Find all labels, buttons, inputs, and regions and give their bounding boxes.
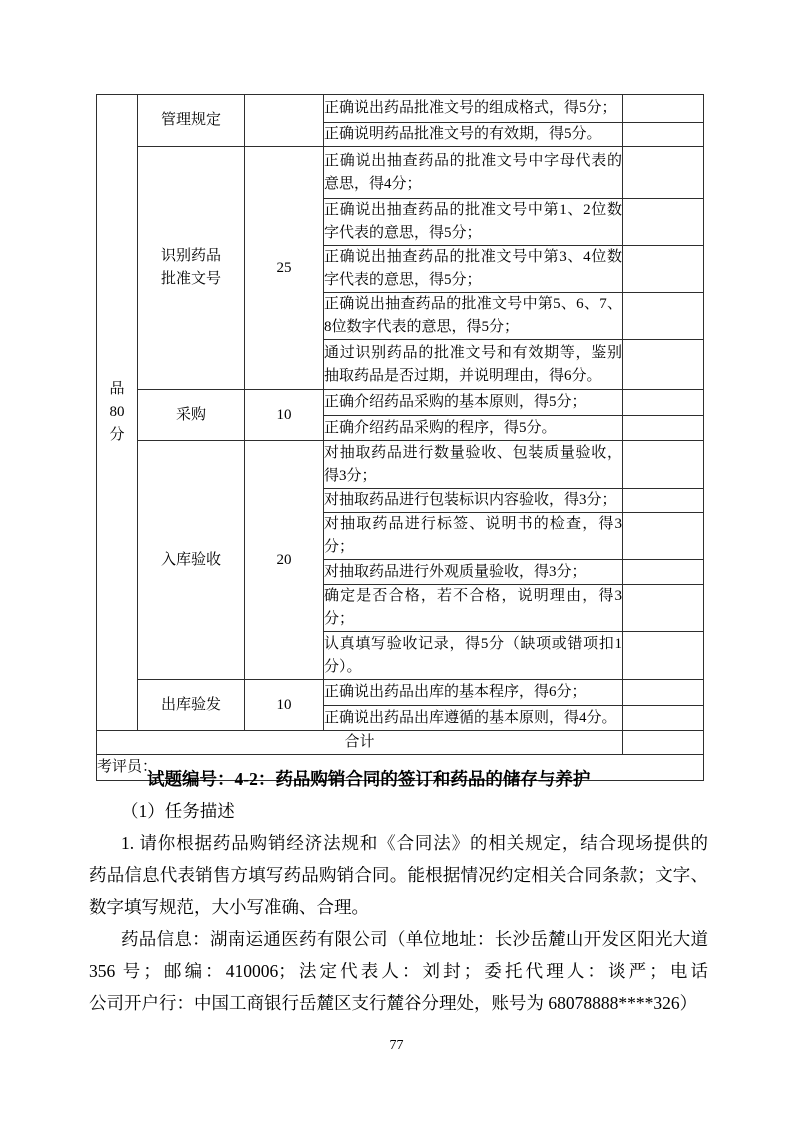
result-cell — [623, 585, 704, 632]
criteria-cell: 对抽取药品进行外观质量验收，得3分； — [324, 560, 623, 585]
criteria-row: 识别药品 批准文号 25 正确说出抽查药品的批准文号中字母代表的意思，得4分； — [97, 147, 704, 199]
criteria-cell: 确定是否合格，若不合格，说明理由，得3分； — [324, 585, 623, 632]
item-name-cell: 出库验发 — [138, 680, 245, 731]
criteria-cell: 正确说出药品出库遵循的基本原则，得4分。 — [324, 706, 623, 731]
item-name-line: 批准文号 — [138, 268, 244, 291]
criteria-cell: 正确说出抽查药品的批准文号中第3、4位数字代表的意思，得5分； — [324, 246, 623, 293]
paragraph-line: 数字填写规范，大小写准确、合理。 — [89, 891, 708, 923]
item-name-cell: 采购 — [138, 390, 245, 441]
paragraph-line: 药品信息：湖南运通医药有限公司（单位地址：长沙岳麓山开发区阳光大道 — [89, 923, 708, 955]
criteria-cell: 正确说出抽查药品的批准文号中第5、6、7、8位数字代表的意思，得5分； — [324, 293, 623, 340]
paragraph-line: 356 号；邮编：410006；法定代表人：刘封；委托代理人：谈严；电话 138… — [89, 955, 708, 987]
total-label-cell: 合计 — [97, 731, 623, 755]
result-cell — [623, 95, 704, 123]
criteria-cell: 对抽取药品进行包装标识内容验收，得3分； — [324, 489, 623, 513]
item-name-line: 识别药品 — [138, 245, 244, 268]
category-line: 80 — [97, 401, 137, 424]
category-line: 分 — [97, 424, 137, 447]
criteria-row: 采购 10 正确介绍药品采购的基本原则，得5分； — [97, 390, 704, 416]
document-page: 品 80 分 管理规定 正确说出药品批准文号的组成格式，得5分； 正确说明药品批… — [0, 0, 793, 1122]
category-line: 品 — [97, 378, 137, 401]
item-name-cell: 识别药品 批准文号 — [138, 147, 245, 390]
result-cell — [623, 513, 704, 560]
criteria-cell: 正确介绍药品采购的基本原则，得5分； — [324, 390, 623, 416]
result-cell — [623, 706, 704, 731]
item-score-cell: 20 — [245, 441, 324, 680]
item-name-cell: 入库验收 — [138, 441, 245, 680]
scoring-table: 品 80 分 管理规定 正确说出药品批准文号的组成格式，得5分； 正确说明药品批… — [96, 94, 704, 781]
result-cell — [623, 199, 704, 246]
subsection-heading: （1）任务描述 — [89, 795, 708, 827]
criteria-cell: 正确说明药品批准文号的有效期，得5分。 — [324, 123, 623, 147]
result-cell — [623, 441, 704, 489]
criteria-row: 品 80 分 管理规定 正确说出药品批准文号的组成格式，得5分； — [97, 95, 704, 123]
result-cell — [623, 489, 704, 513]
criteria-cell: 通过识别药品的批准文号和有效期等，鉴别抽取药品是否过期，并说明理由，得6分。 — [324, 340, 623, 390]
section-heading: 试题编号：4-2：药品购销合同的签订和药品的储存与养护 — [89, 763, 708, 795]
criteria-row: 出库验发 10 正确说出药品出库的基本程序，得6分； — [97, 680, 704, 706]
task-section: 试题编号：4-2：药品购销合同的签订和药品的储存与养护 （1）任务描述 1. 请… — [89, 763, 708, 1019]
paragraph-line: 1. 请你根据药品购销经济法规和《合同法》的相关规定，结合现场提供的 — [89, 827, 708, 859]
item-score-cell — [245, 95, 324, 147]
item-score-cell: 10 — [245, 390, 324, 441]
result-cell — [623, 293, 704, 340]
result-cell — [623, 390, 704, 416]
criteria-row: 入库验收 20 对抽取药品进行数量验收、包装质量验收，得3分； — [97, 441, 704, 489]
page-number: 77 — [0, 1036, 793, 1056]
result-cell — [623, 416, 704, 441]
criteria-cell: 正确说出药品批准文号的组成格式，得5分； — [324, 95, 623, 123]
result-cell — [623, 731, 704, 755]
paragraph-line: 公司开户行：中国工商银行岳麓区支行麓谷分理处，账号为 68078888****3… — [89, 987, 708, 1019]
criteria-cell: 正确说出抽查药品的批准文号中第1、2位数字代表的意思，得5分； — [324, 199, 623, 246]
result-cell — [623, 340, 704, 390]
category-cell: 品 80 分 — [97, 95, 138, 731]
result-cell — [623, 147, 704, 199]
result-cell — [623, 560, 704, 585]
result-cell — [623, 632, 704, 680]
item-name-cell: 管理规定 — [138, 95, 245, 147]
result-cell — [623, 123, 704, 147]
criteria-cell: 正确说出抽查药品的批准文号中字母代表的意思，得4分； — [324, 147, 623, 199]
paragraph-line: 药品信息代表销售方填写药品购销合同。能根据情况约定相关合同条款；文字、 — [89, 859, 708, 891]
criteria-cell: 正确介绍药品采购的程序，得5分。 — [324, 416, 623, 441]
result-cell — [623, 680, 704, 706]
criteria-cell: 正确说出药品出库的基本程序，得6分； — [324, 680, 623, 706]
total-row: 合计 — [97, 731, 704, 755]
criteria-cell: 认真填写验收记录，得5分（缺项或错项扣1分）。 — [324, 632, 623, 680]
item-score-cell: 25 — [245, 147, 324, 390]
criteria-cell: 对抽取药品进行数量验收、包装质量验收，得3分； — [324, 441, 623, 489]
result-cell — [623, 246, 704, 293]
item-score-cell: 10 — [245, 680, 324, 731]
criteria-cell: 对抽取药品进行标签、说明书的检查，得3分； — [324, 513, 623, 560]
